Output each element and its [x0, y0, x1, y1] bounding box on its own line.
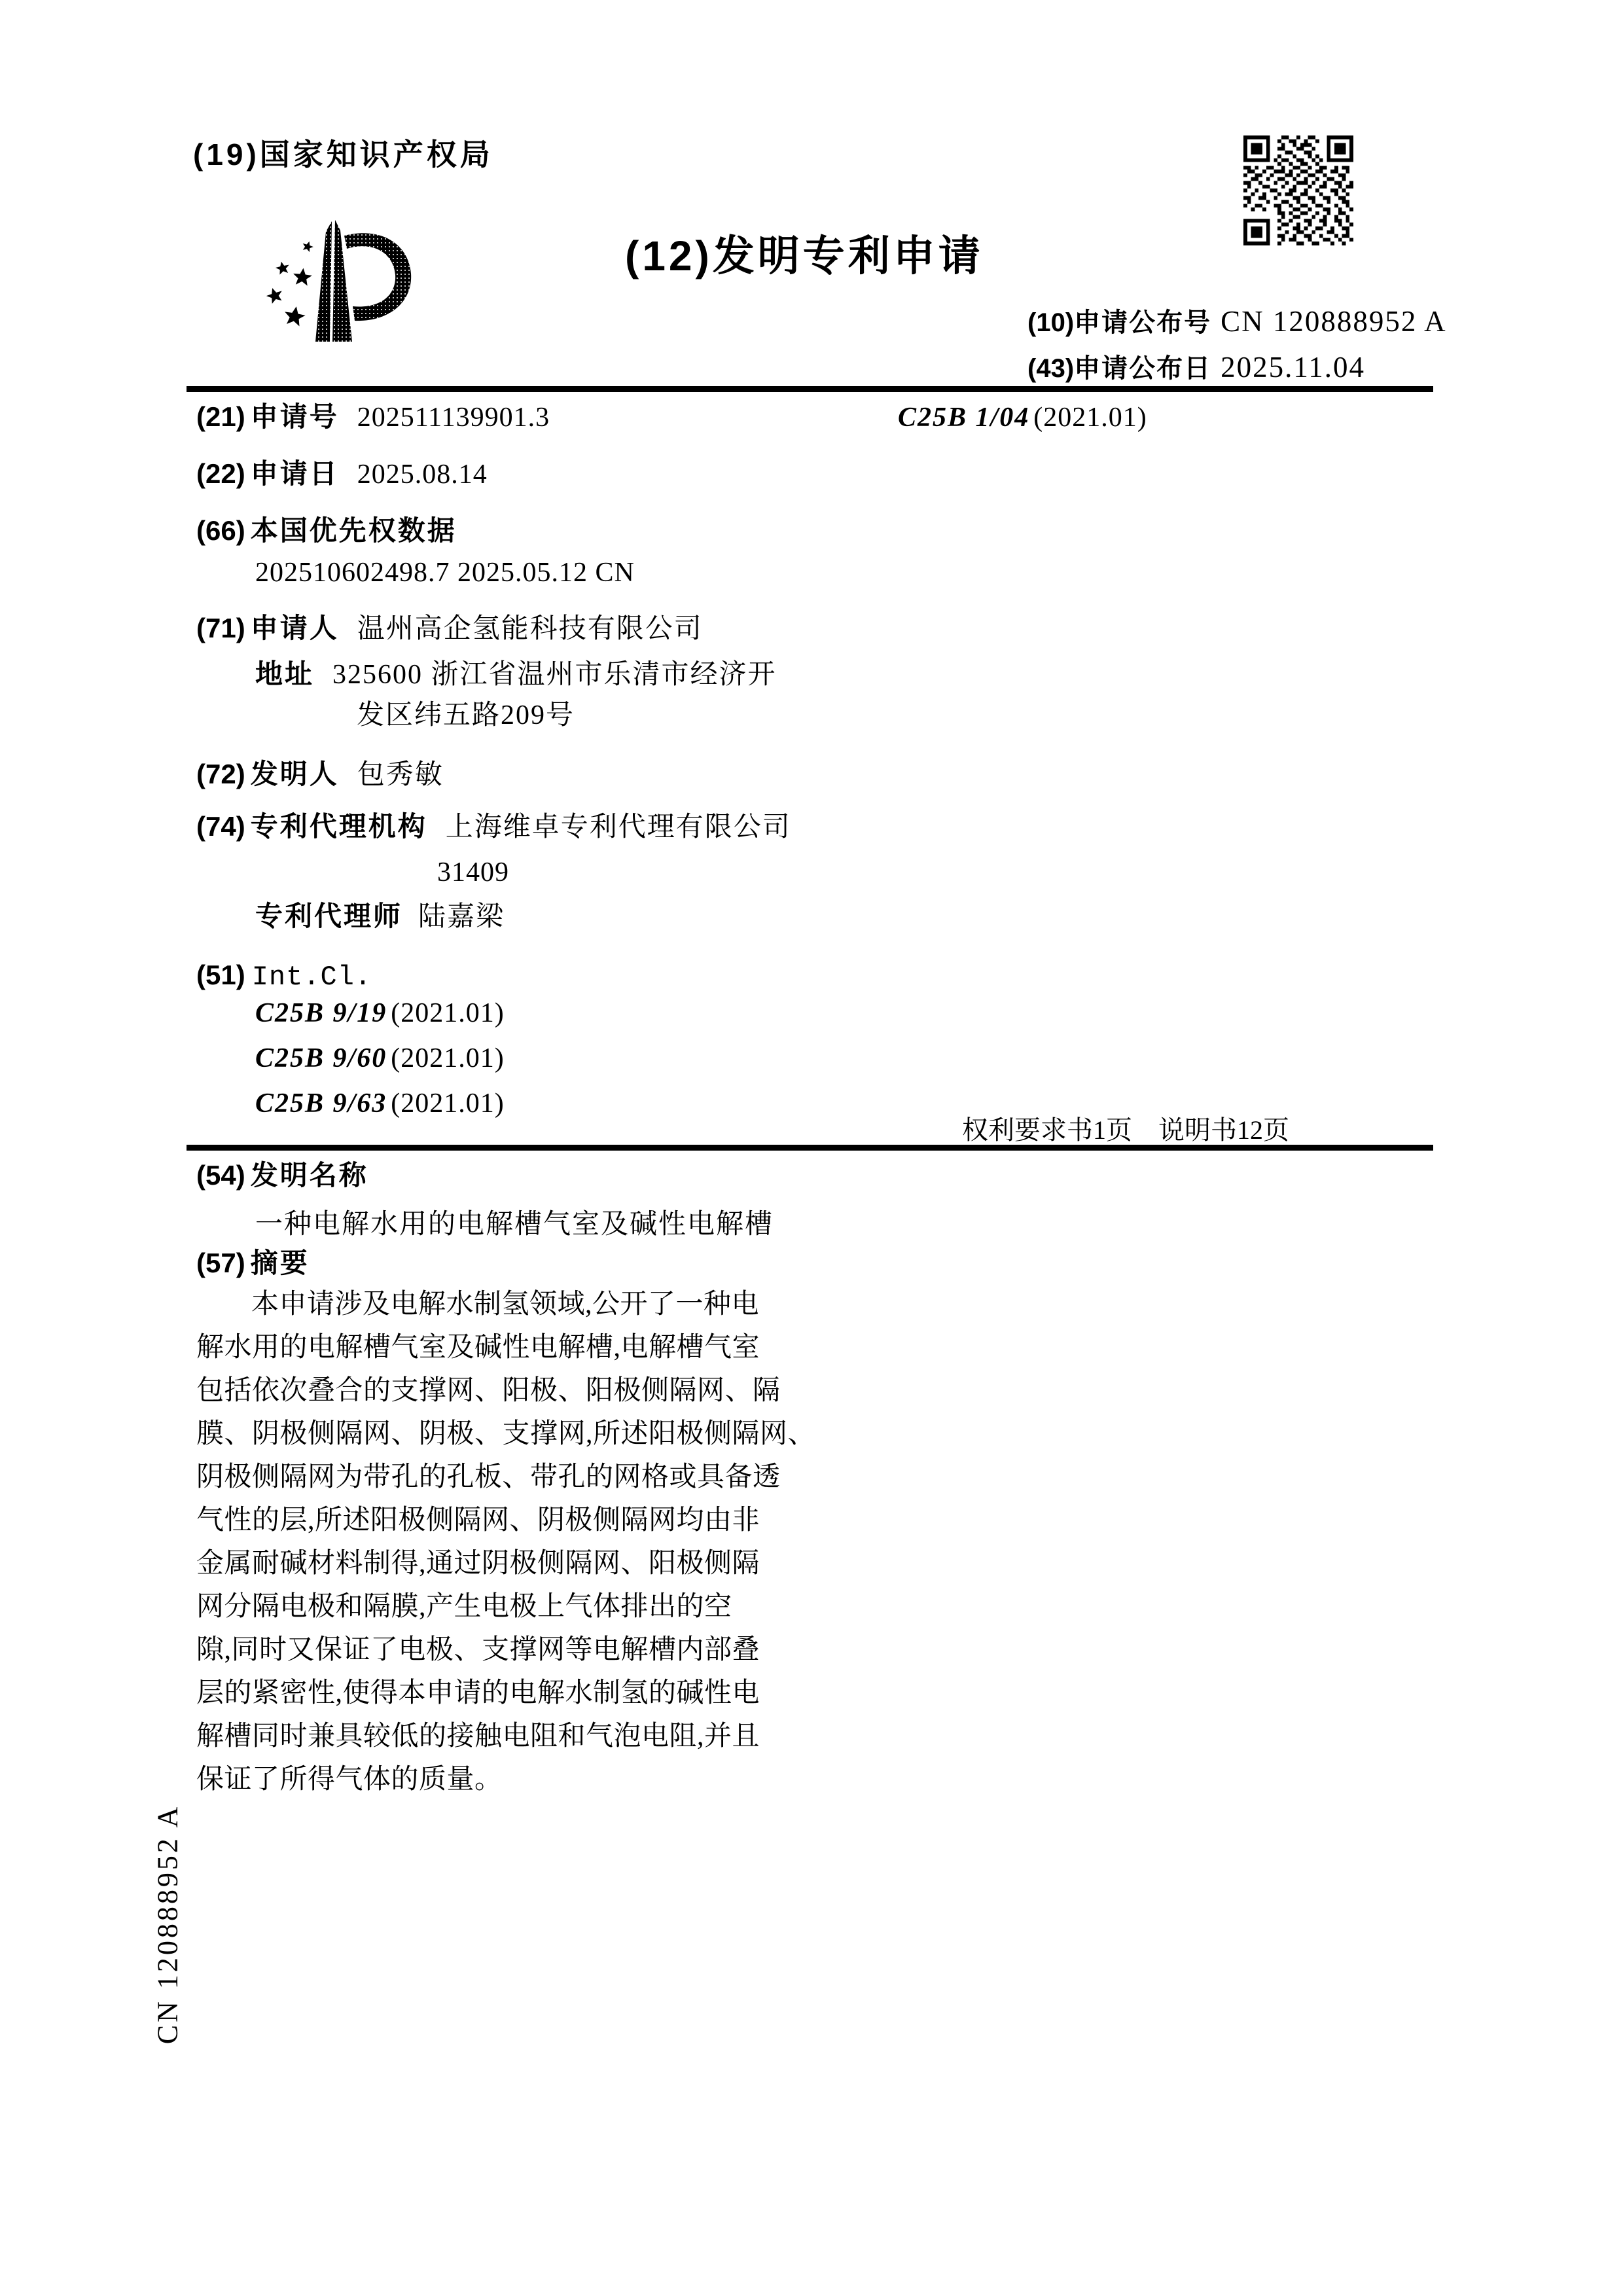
application-number: 202511139901.3 — [357, 403, 550, 433]
field-label: 本国优先权数据 — [251, 515, 457, 546]
applicant-row: (71)申请人温州高企氢能科技有限公司 — [196, 613, 703, 644]
field-label: 申请人 — [251, 613, 339, 643]
abstract-line: 气性的层,所述阳极侧隔网、阴极侧隔网均由非 — [196, 1499, 795, 1542]
ipc-version: (2021.01) — [391, 1088, 504, 1119]
ipc-code: C25B 9/19 — [255, 998, 387, 1028]
divider-top — [187, 386, 1433, 392]
abstract-line: 层的紧密性,使得本申请的电解水制氢的碱性电 — [196, 1672, 795, 1715]
ipc-code: C25B 9/60 — [255, 1043, 387, 1073]
cnipa-logo-icon — [262, 217, 422, 347]
abstract-line: 解槽同时兼具较低的接触电阻和气泡电阻,并且 — [196, 1715, 795, 1758]
agent-name: 陆嘉梁 — [418, 902, 505, 932]
abstract-text: 本申请涉及电解水制氢领域,公开了一种电 解水用的电解槽气室及碱性电解槽,电解槽气… — [196, 1283, 795, 1801]
sidebar-document-code: CN 120888952 A — [151, 1804, 185, 2044]
field-num: (74) — [196, 811, 245, 842]
inventor-row: (72)发明人包秀敏 — [196, 759, 444, 790]
ipc-version: (2021.01) — [391, 1043, 504, 1073]
filing-date: 2025.08.14 — [357, 459, 488, 490]
field-num: (22) — [196, 458, 245, 489]
field-label: Int.Cl. — [252, 961, 372, 993]
abstract-line: 阴极侧隔网为带孔的孔板、带孔的网格或具备透 — [196, 1456, 795, 1499]
pages-info: 权利要求书1页 说明书12页 — [897, 1109, 1355, 1147]
abstract-line: 金属耐碱材料制得,通过阴极侧隔网、阳极侧隔 — [196, 1542, 795, 1585]
ipc-main-row: C25B 1/04(2021.01) — [898, 402, 1147, 433]
applicant-address-row: 地址325600 浙江省温州市乐清市经济开 — [255, 659, 777, 690]
abstract-line: 保证了所得气体的质量。 — [196, 1758, 795, 1801]
field-num: (57) — [196, 1247, 245, 1278]
qr-code-icon — [1243, 135, 1353, 245]
doc-type-title: (12)发明专利申请 — [625, 223, 984, 283]
field-num: (51) — [196, 960, 245, 990]
agent-row: 专利代理师陆嘉梁 — [255, 901, 505, 932]
abstract-heading: (57)摘要 — [196, 1248, 310, 1278]
field-label: 申请号 — [251, 401, 339, 432]
agency-code: 31409 — [437, 857, 509, 888]
ipc-version: (2021.01) — [1033, 403, 1147, 433]
abstract-line: 解水用的电解槽气室及碱性电解槽,电解槽气室 — [196, 1326, 795, 1369]
priority-label-row: (66)本国优先权数据 — [196, 516, 457, 546]
field-label: 摘要 — [251, 1247, 310, 1278]
intcl-row: (51)Int.Cl. — [196, 960, 372, 992]
publication-date-row: (43)申请公布日2025.11.04 — [1027, 352, 1365, 384]
publication-number-row: (10)申请公布号CN 120888952 A — [1027, 306, 1447, 338]
abstract-line: 隙,同时又保证了电极、支撑网等电解槽内部叠 — [196, 1628, 795, 1672]
ipc-version: (2021.01) — [391, 998, 504, 1028]
field-label: 专利代理机构 — [251, 811, 427, 842]
field-label: 申请公布号 — [1074, 308, 1211, 337]
applicant-address-line1: 325600 浙江省温州市乐清市经济开 — [332, 660, 777, 690]
publication-date: 2025.11.04 — [1221, 351, 1365, 384]
agency-name: 上海维卓专利代理有限公司 — [446, 812, 791, 842]
ipc-entry-row: C25B 9/63(2021.01) — [255, 1088, 505, 1119]
abstract-line: 网分隔电极和隔膜,产生电极上气体排出的空 — [196, 1585, 795, 1628]
ipc-entry-row: C25B 9/19(2021.01) — [255, 997, 505, 1028]
ipc-entry-row: C25B 9/60(2021.01) — [255, 1043, 505, 1073]
invention-title-heading: (54)发明名称 — [196, 1160, 368, 1191]
field-label: 地址 — [255, 658, 314, 689]
field-num: (21) — [196, 401, 245, 432]
inventor-name: 包秀敏 — [357, 760, 444, 790]
field-num: (10) — [1027, 308, 1074, 337]
filing-date-row: (22)申请日2025.08.14 — [196, 459, 488, 490]
field-num: (43) — [1027, 354, 1074, 383]
application-number-row: (21)申请号202511139901.3 — [196, 402, 550, 433]
ipc-code: C25B 1/04 — [898, 403, 1029, 433]
patent-front-page: (19)国家知识产权局 (12)发明专利申请 (10)申请公布号CN — [0, 0, 1623, 2296]
field-label: 发明名称 — [251, 1160, 368, 1191]
abstract-line: 包括依次叠合的支撑网、阳极、阳极侧隔网、隔 — [196, 1369, 795, 1412]
agency-row: (74)专利代理机构上海维卓专利代理有限公司 — [196, 812, 791, 842]
field-num: (54) — [196, 1160, 245, 1191]
publication-number: CN 120888952 A — [1221, 305, 1447, 338]
divider-middle — [187, 1145, 1433, 1151]
abstract-line: 本申请涉及电解水制氢领域,公开了一种电 — [196, 1283, 795, 1326]
invention-title: 一种电解水用的电解槽气室及碱性电解槽 — [255, 1202, 774, 1242]
field-label: 申请日 — [251, 458, 339, 489]
field-num: (72) — [196, 759, 245, 789]
applicant-name: 温州高企氢能科技有限公司 — [357, 614, 703, 644]
field-label: 发明人 — [251, 759, 339, 789]
priority-data: 202510602498.7 2025.05.12 CN — [255, 558, 635, 588]
field-label: 申请公布日 — [1074, 354, 1211, 383]
office-name: (19)国家知识产权局 — [193, 131, 493, 174]
abstract-line: 膜、阴极侧隔网、阴极、支撑网,所述阳极侧隔网、 — [196, 1412, 795, 1456]
field-num: (66) — [196, 515, 245, 546]
field-label: 专利代理师 — [255, 901, 402, 931]
applicant-address-line2: 发区纬五路209号 — [357, 700, 575, 730]
ipc-code: C25B 9/63 — [255, 1088, 387, 1119]
field-num: (71) — [196, 613, 245, 643]
